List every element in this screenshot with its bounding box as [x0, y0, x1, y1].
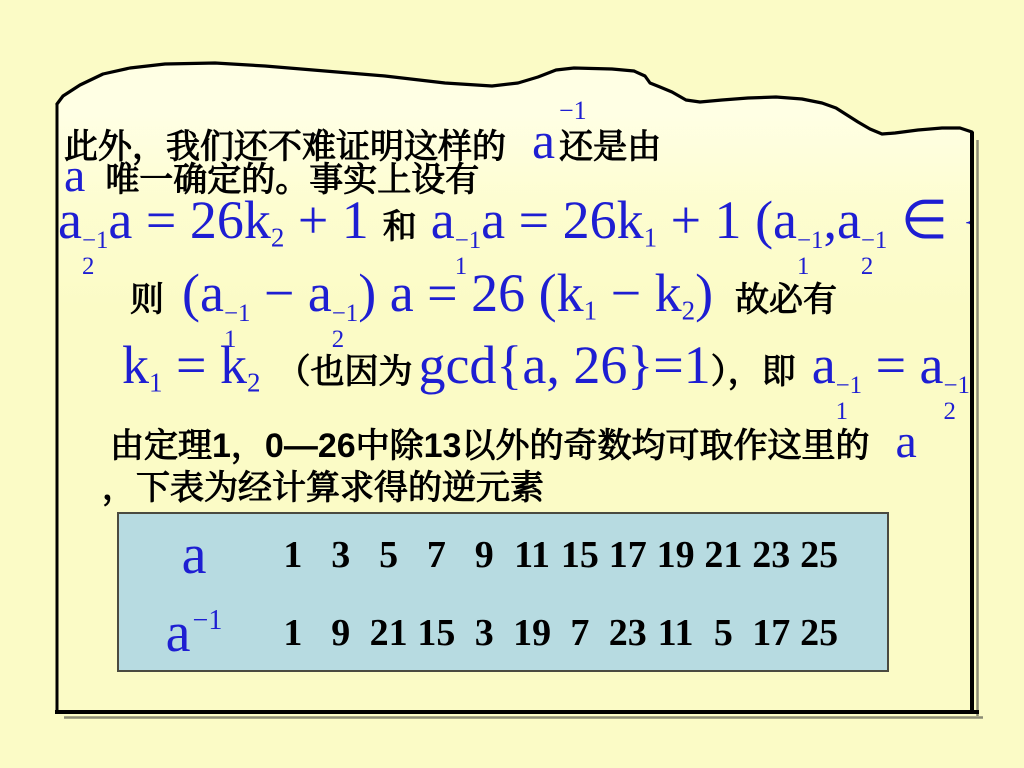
eq-supsub-stack: −12	[861, 228, 887, 280]
table-cell: 5	[699, 611, 747, 655]
table-cell: 9	[317, 611, 365, 655]
eq-token: − k	[597, 263, 681, 323]
paragraph-line-7: ，下表为经计算求得的逆元素	[102, 460, 544, 509]
row-values-a: 1357911151719212325	[269, 533, 887, 577]
eq-sup: −1	[82, 228, 108, 254]
table-cell: 7	[556, 611, 604, 655]
table-cell: 1	[269, 611, 317, 655]
eq-sup: −1	[861, 228, 887, 254]
table-cell: 17	[604, 533, 652, 577]
table-cell: 3	[317, 533, 365, 577]
eq-token: + 1	[657, 190, 755, 250]
table-cell: 5	[365, 533, 413, 577]
eq-token: a	[812, 335, 836, 395]
table-cell: 9	[460, 533, 508, 577]
text-ji: ），即	[711, 353, 796, 391]
eq-sup: −1	[944, 373, 970, 399]
table-cell: 25	[795, 533, 843, 577]
eq-supsub-stack: −12	[944, 373, 970, 425]
eq-sup: −1	[332, 301, 358, 327]
table-cell: 1	[269, 533, 317, 577]
eq-token-set: ∈ {0, . . . , 25	[887, 190, 970, 250]
eq-token: = k	[163, 335, 247, 395]
eq-token: (a	[182, 263, 224, 323]
math-sup-minus1: −1	[559, 96, 587, 126]
table-cell: 19	[508, 611, 556, 655]
text-gubiyou: 故必有	[735, 281, 837, 319]
eq-token: a	[58, 190, 82, 250]
eq-token: a = 26k	[108, 190, 270, 250]
eq-sub: 2	[247, 368, 261, 398]
eq-sup: −1	[455, 228, 481, 254]
math-a: a	[182, 524, 207, 586]
math-sup-minus1: −1	[193, 605, 223, 636]
row-values-a-inverse: 1921153197231151725	[269, 611, 887, 655]
text-ze: 则	[130, 281, 164, 319]
text-haishiyou: 还是由	[559, 128, 661, 166]
row-label-a: a	[119, 527, 269, 583]
table-cell: 7	[412, 533, 460, 577]
eq-sub: 1	[584, 296, 598, 326]
table-cell: 11	[508, 533, 556, 577]
table-cell: 25	[795, 611, 843, 655]
eq-token: − a	[250, 263, 331, 323]
math-a-base: a	[532, 113, 555, 170]
eq-token: ,a	[823, 190, 860, 250]
eq-sub: 2	[271, 223, 285, 253]
eq-sub: 2	[82, 254, 94, 280]
eq-token: (a	[755, 190, 797, 250]
eq-token: a = 26k	[481, 190, 643, 250]
inverse-table: a 1357911151719212325 a−1 19211531972311…	[117, 512, 889, 672]
text-yeyinwei: （也因为	[276, 353, 412, 391]
eq-sub: 2	[682, 296, 696, 326]
equation-line-3: k1 = k2（也因为gcd{a, 26}=1），即a−11 = a−12	[122, 334, 970, 425]
eq-gcd: gcd{a, 26}=1	[418, 335, 710, 395]
eq-token: + 1	[284, 190, 368, 250]
eq-sub: 2	[944, 399, 956, 425]
text-xiabiao: ，下表为经计算求得的逆元素	[102, 469, 544, 507]
eq-sub: 1	[149, 368, 163, 398]
eq-sub: 1	[644, 223, 658, 253]
row-label-a-inverse: a−1	[119, 605, 269, 661]
math-a-inverse: a−1	[532, 112, 555, 171]
table-cell: 19	[652, 533, 700, 577]
table-cell: 23	[604, 611, 652, 655]
eq-sup: −1	[797, 228, 823, 254]
math-a: a	[166, 602, 191, 664]
table-cell: 21	[699, 533, 747, 577]
table-cell: 17	[747, 611, 795, 655]
eq-sub: 2	[861, 254, 873, 280]
eq-token: = a	[862, 335, 943, 395]
eq-token: ) a = 26 (k	[358, 263, 583, 323]
slide: 此外，我们还不难证明这样的a−1还是由 a唯一确定的。事实上设有 a−12a =…	[0, 0, 1024, 768]
eq-supsub-stack: −12	[82, 228, 108, 280]
table-cell: 23	[747, 533, 795, 577]
eq-token: a	[431, 190, 455, 250]
table-cell: 3	[460, 611, 508, 655]
eq-sup: −1	[836, 373, 862, 399]
text-he: 和	[383, 208, 417, 246]
eq-sup: −1	[224, 301, 250, 327]
table-row-a: a 1357911151719212325	[119, 516, 887, 594]
table-row-a-inverse: a−1 1921153197231151725	[119, 594, 887, 672]
table-cell: 21	[365, 611, 413, 655]
table-cell: 15	[556, 533, 604, 577]
math-a: a	[895, 415, 916, 468]
table-cell: 11	[652, 611, 700, 655]
eq-token: )	[695, 263, 713, 323]
eq-token: k	[122, 335, 149, 395]
table-cell: 15	[412, 611, 460, 655]
